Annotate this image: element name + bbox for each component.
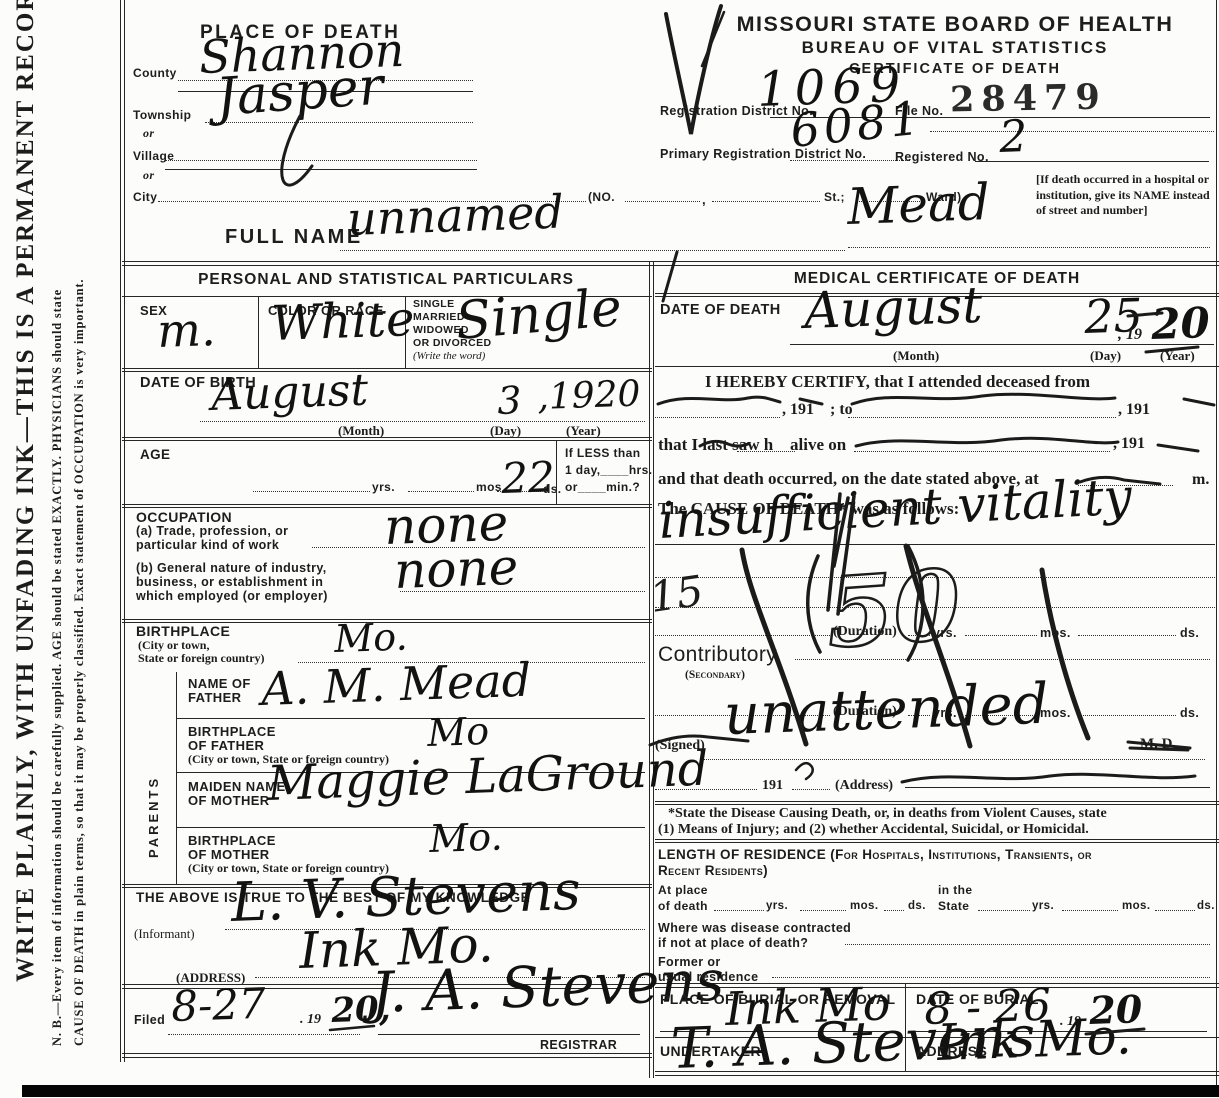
pen-number-left: 15 [647,566,707,622]
city-st-label: St.; [824,190,845,204]
form-rule [908,635,930,636]
if-less-line3: or____min.? [565,480,640,494]
form-rule [790,344,1214,345]
file-no-stamp-value: 28479 [950,77,1107,121]
duration1-ds-caption: ds. [1180,626,1199,640]
form-rule [655,804,1219,805]
residence-heading-line2: Recent Residents) [658,863,768,878]
small-2-scribble [796,763,813,779]
mother-birthplace-label2: OF MOTHER [188,847,270,862]
or-label-1: or [143,126,154,141]
informant-label: (Informant) [134,926,195,942]
where-disease-line2: if not at place of death? [658,936,808,950]
state-mos-caption: mos. [1122,900,1150,912]
dod-year-caption: (Year) [1160,348,1195,364]
in-the-state-label: State [938,899,969,913]
form-rule [122,368,652,369]
state-ds-caption: ds. [1197,900,1215,912]
form-rule [1062,910,1118,911]
form-rule [655,607,1215,608]
certify-line3a: that I last saw h [658,435,773,455]
dod-year-printed: , 19 [1118,326,1142,344]
form-rule [714,910,764,911]
primary-registration-value: 6081 [788,94,925,154]
certify-191-a: , 191 [782,401,814,419]
mother-maiden-handwritten-value: Maggie LaGround [266,745,709,808]
certify-blank1-scribble [658,397,780,404]
form-rule [298,1034,360,1035]
certify-m-caption: m. [1192,471,1209,489]
certify-blank2-scribble [852,394,1115,404]
certify-line1: I HEREBY CERTIFY, that I attended deceas… [705,372,1090,392]
dob-month-value: August [210,369,368,418]
address-blank-scribble [902,774,1195,782]
form-rule [800,910,846,911]
occupation-b-handwritten-value: none [393,542,519,596]
filed-label: Filed [134,1013,165,1027]
form-rule [200,421,645,422]
form-rule [165,169,477,170]
marital-option-single: SINGLE [413,298,455,310]
form-rule [965,635,1037,636]
form-rule-vertical [1216,0,1217,1085]
certify-to: ; to [830,401,853,419]
signed-address-label: (Address) [835,778,893,794]
father-birthplace-label1: BIRTHPLACE [188,724,276,739]
duration2-ds-caption: ds. [1180,706,1199,720]
certify-191-b: , 191 [1118,401,1150,419]
certify-191b-strike [1184,399,1214,405]
form-rule [655,801,1219,802]
dod-month-value: August [803,280,983,336]
form-rule [176,718,645,719]
signed-handwritten-value: unattended [723,677,1049,744]
mother-birthplace-handwritten-value: Mo. [429,817,503,858]
dob-day-caption: (Day) [490,423,521,439]
form-rule [848,417,1116,418]
form-rule [625,201,700,202]
age-label: AGE [140,447,170,462]
registered-no-value: 2 [998,115,1028,160]
occupation-a-line1: (a) Trade, profession, or [136,524,288,538]
filed-date-value: 8-27 [171,983,267,1028]
full-name-label: FULL NAME [225,226,363,249]
if-less-line2: 1 day,____hrs. [565,463,652,477]
state-yrs-caption: yrs. [1032,900,1054,912]
form-rule [655,417,780,418]
death-certificate-scan: WRITE PLAINLY, WITH UNFADING INK—THIS IS… [0,0,1219,1098]
township-label: Township [133,108,191,122]
county-label: County [133,66,177,80]
md-caption: M. D. [1140,736,1176,753]
form-rule [978,910,1030,911]
at-place-line2: of death [658,899,708,913]
form-rule [176,827,645,828]
board-title: MISSOURI STATE BOARD OF HEALTH [700,12,1210,37]
father-birthplace-handwritten-value: Mo [427,712,490,752]
mother-birthplace-label1: BIRTHPLACE [188,833,276,848]
form-rule [700,759,1205,760]
marital-handwritten-value: Single [453,282,623,348]
form-rule [1078,635,1176,636]
form-rule [712,201,820,202]
form-rule [905,787,1210,788]
duration1-yrs-caption: yrs. [933,626,957,640]
form-rule [122,440,652,441]
undertaker-address-value: Ink Mo. [936,1011,1132,1068]
sex-handwritten-value: m. [156,306,216,354]
form-rule [845,944,1210,945]
residence-heading-line1: LENGTH OF RESIDENCE (For Hospitals, Inst… [658,847,1092,862]
footnote-line2: (1) Means of Injury; and (2) whether Acc… [658,822,1089,838]
form-rule-vertical [258,296,259,368]
former-residence-line1: Former or [658,955,721,969]
pen-brace-right [908,546,923,660]
form-rule [854,451,1110,452]
atplace-ds-caption: ds. [908,900,926,912]
form-rule [795,659,1210,660]
form-rule [848,247,1210,248]
age-ds-caption: ds. [543,482,562,496]
form-rule [1078,715,1176,716]
filed-year-printed: . 19 [300,1012,321,1028]
mother-maiden-label2: OF MOTHER [188,793,270,808]
birthplace-label: BIRTHPLACE [136,623,230,639]
margin-warning-text: WRITE PLAINLY, WITH UNFADING INK—THIS IS… [12,0,40,982]
form-rule [884,910,904,911]
in-the-line1: in the [938,883,972,897]
village-label: Village [133,149,174,163]
form-rule [1155,910,1195,911]
form-rule [930,131,1214,132]
write-the-word-caption: (Write the word) [413,350,485,362]
pen-number-center: 50 [823,548,964,670]
hospital-instruction-note: [If death occurred in a hospital or inst… [1036,172,1212,219]
city-comma: , [702,192,706,207]
form-rule-vertical [124,0,125,1062]
dob-year-value: ,1920 [537,376,641,416]
signed-label: (Signed) [655,738,705,754]
township-handwritten-value: Jasper [214,60,385,124]
dob-day-value: 3 [497,381,522,420]
registered-no-label: Registered No. [895,150,989,164]
birthplace-handwritten-value: Mo. [334,617,408,658]
footnote-line1: *State the Disease Causing Death, or, in… [668,806,1107,822]
dob-year-caption: (Year) [566,423,601,439]
certify-blank3-scribble [856,438,1118,446]
form-rule [168,1034,296,1035]
at-place-line1: At place [658,883,708,897]
form-rule [408,491,474,492]
form-rule [122,1053,652,1054]
city-no-label: (NO. [588,190,615,204]
form-rule [122,1057,652,1058]
margin-nb-note-line1: N. B.—Every item of information should b… [50,289,65,1046]
dod-day-caption: (Day) [1090,348,1121,364]
birthplace-sub2: State or foreign country) [138,651,265,666]
township-flourish-loop [282,116,312,185]
occupation-b-line2: business, or establishment in [136,575,323,589]
pen-brace-left [808,556,820,652]
registrar-label: REGISTRAR [540,1038,617,1052]
where-disease-line1: Where was disease contracted [658,921,851,935]
father-name-label1: NAME OF [188,676,251,691]
if-less-line1: If LESS than [565,446,640,460]
bureau-title: BUREAU OF VITAL STATISTICS [700,38,1210,58]
full-name-last-value: Mead [846,177,990,232]
occupation-a-line2: particular kind of work [136,538,279,552]
form-rule [340,250,845,251]
form-rule [122,265,1219,266]
form-rule [655,366,1219,367]
date-of-death-label: DATE OF DEATH [660,302,781,318]
margin-nb-note-line2: CAUSE OF DEATH in plain terms, so that i… [72,279,87,1046]
duration-caption-1: (Duration) [833,624,897,640]
form-rule [792,789,830,790]
signed-year-caption: 191 [762,778,783,794]
form-rule [122,371,652,372]
form-rule-vertical [120,0,121,1062]
certify-191c-strike [1158,445,1198,451]
form-rule [655,842,1219,843]
scan-bottom-bar [22,1085,1219,1097]
certify-alive-on: alive on [790,435,846,455]
secondary-caption: (Secondary) [685,669,745,681]
age-mos-caption: mos [476,480,502,494]
form-rule [122,261,1219,262]
father-name-label2: FATHER [188,690,241,705]
certify-191-c: , 191 [1113,435,1145,453]
form-rule [253,491,370,492]
city-label: City [133,190,157,204]
dob-month-caption: (Month) [338,423,384,439]
form-rule [655,577,1215,578]
parents-vertical-label: PARENTS [146,776,161,858]
form-rule [655,635,830,636]
full-name-first-value: unnamed [346,188,564,242]
father-name-handwritten-value: A. M. Mead [260,657,531,712]
age-yrs-caption: yrs. [372,480,395,494]
form-rule [655,839,1219,840]
father-birthplace-label2: OF FATHER [188,738,264,753]
form-rule [378,1034,640,1035]
or-label-2: or [143,168,154,183]
form-rule [165,160,477,161]
duration1-mos-caption: mos. [1040,626,1071,640]
color-race-handwritten-value: White [270,295,415,348]
dod-year-handwritten: 20 [1151,302,1211,346]
contributory-label: Contributory [658,643,777,667]
atplace-yrs-caption: yrs. [766,900,788,912]
atplace-mos-caption: mos. [850,900,878,912]
form-rule-vertical [176,672,177,884]
dod-month-caption: (Month) [893,348,939,364]
occupation-label: OCCUPATION [136,509,232,525]
occupation-b-line3: which employed (or employer) [136,589,328,603]
occupation-b-line1: (b) General nature of industry, [136,561,327,575]
